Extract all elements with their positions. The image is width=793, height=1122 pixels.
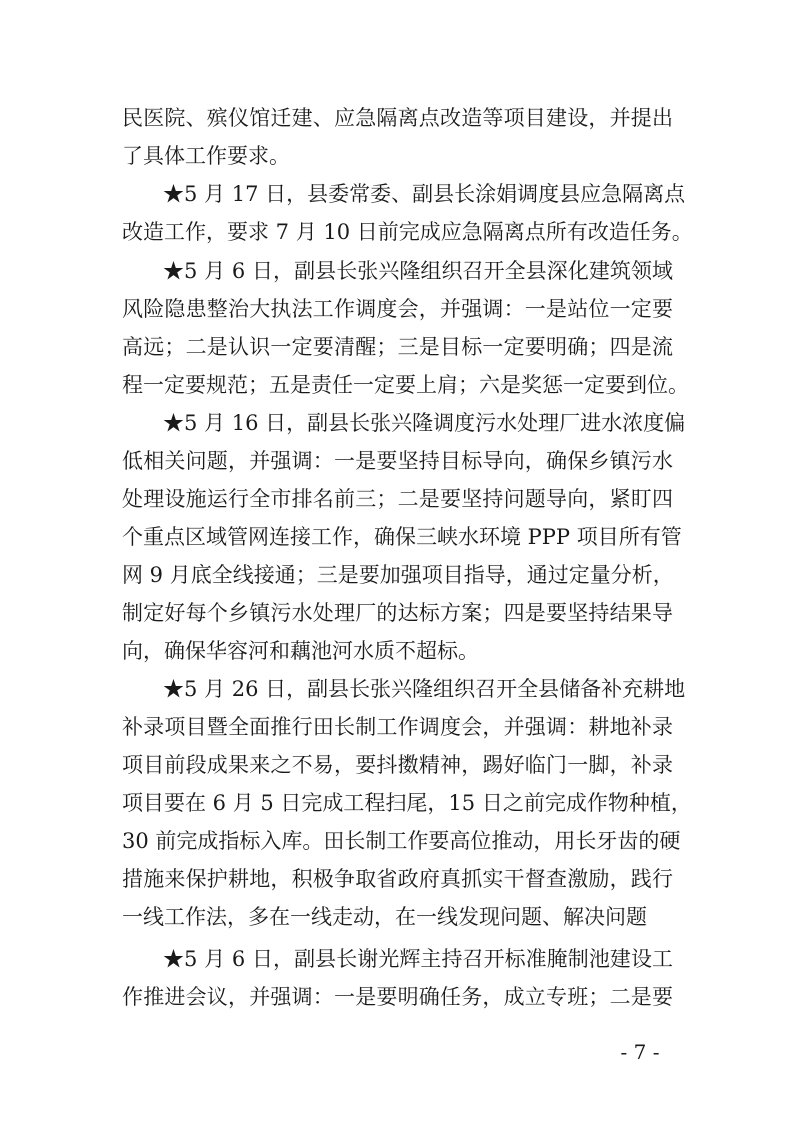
paragraph-line: 处理设施运行全市排名前三；二是要坚持问题导向，紧盯四 bbox=[122, 484, 673, 514]
paragraph-line: 30 前完成指标入库。田长制工作要高位推动，用长牙齿的硬 bbox=[122, 826, 673, 856]
paragraph-line: 个重点区域管网连接工作，确保三峡水环境 PPP 项目所有管 bbox=[122, 522, 673, 552]
paragraph-line: 民医院、殡仪馆迁建、应急隔离点改造等项目建设，并提出 bbox=[122, 103, 673, 133]
paragraph-line: 向，确保华容河和藕池河水质不超标。 bbox=[122, 636, 673, 666]
page-number: - 7 - bbox=[600, 1040, 680, 1064]
paragraph-line: ★5 月 6 日，副县长谢光辉主持召开标准腌制池建设工 bbox=[163, 944, 673, 974]
paragraph-line: 作推进会议，并强调：一是要明确任务，成立专班；二是要 bbox=[122, 982, 673, 1012]
paragraph-line: 补录项目暨全面推行田长制工作调度会，并强调：耕地补录 bbox=[122, 712, 673, 742]
paragraph-line: 措施来保护耕地，积极争取省政府真抓实干督查激励，践行 bbox=[122, 864, 673, 894]
paragraph-line: 一线工作法，多在一线走动，在一线发现问题、解决问题 bbox=[122, 902, 673, 932]
paragraph-line: ★5 月 17 日，县委常委、副县长涂娟调度县应急隔离点 bbox=[163, 179, 673, 209]
paragraph-line: 低相关问题，并强调：一是要坚持目标导向，确保乡镇污水 bbox=[122, 446, 673, 476]
paragraph-line: 项目前段成果来之不易，要抖擞精神，踢好临门一脚，补录 bbox=[122, 750, 673, 780]
paragraph-line: 项目要在 6 月 5 日完成工程扫尾，15 日之前完成作物种植， bbox=[122, 788, 673, 818]
paragraph-line: 制定好每个乡镇污水处理厂的达标方案；四是要坚持结果导 bbox=[122, 598, 673, 628]
paragraph-line: ★5 月 16 日，副县长张兴隆调度污水处理厂进水浓度偏 bbox=[163, 408, 673, 438]
paragraph-line: ★5 月 26 日，副县长张兴隆组织召开全县储备补充耕地 bbox=[163, 674, 673, 704]
paragraph-line: 风险隐患整治大执法工作调度会，并强调：一是站位一定要 bbox=[122, 294, 673, 324]
paragraph-line: 改造工作，要求 7 月 10 日前完成应急隔离点所有改造任务。 bbox=[122, 217, 673, 247]
paragraph-line: 网 9 月底全线接通；三是要加强项目指导，通过定量分析， bbox=[122, 560, 673, 590]
document-page: 民医院、殡仪馆迁建、应急隔离点改造等项目建设，并提出 了具体工作要求。 ★5 月… bbox=[0, 0, 793, 1122]
paragraph-line: 高远；二是认识一定要清醒；三是目标一定要明确；四是流 bbox=[122, 332, 673, 362]
paragraph-line: ★5 月 6 日，副县长张兴隆组织召开全县深化建筑领域 bbox=[163, 256, 673, 286]
paragraph-line: 了具体工作要求。 bbox=[122, 141, 673, 171]
paragraph-line: 程一定要规范；五是责任一定要上肩；六是奖惩一定要到位。 bbox=[122, 370, 673, 400]
